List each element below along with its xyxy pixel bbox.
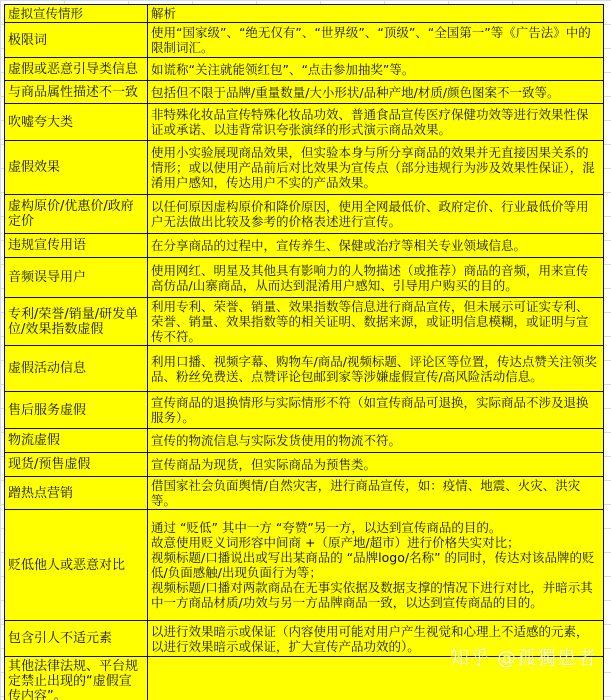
row-analysis: 使用小实验展现商品效果，但实验本身与所分享商品的效果并无直接因果关系的情形；或以… xyxy=(148,141,604,195)
row-analysis: 使用网红、明星及其他具有影响力的人物描述（或推荐）商品的音频，用来宣传高仿品/山… xyxy=(148,258,604,298)
table-row: 虚构原价/优惠价/政府定价 以任何原因虚构原价和降价原因，使用全网最低价、政府定… xyxy=(5,195,604,234)
header-category: 虚拟宣传情形 xyxy=(5,5,148,23)
table-row: 极限词 使用“国家级”、“绝无仅有”、“世界级”、“顶级”、“全国第一”等《广告… xyxy=(5,23,604,58)
table-row: 物流虚假 宣传的物流信息与实际发货使用的物流不符。 xyxy=(5,429,604,453)
row-analysis: 利用口播、视频字幕、购物车/商品/视频标题、评论区等位置，传达点赞关注领奖品、粉… xyxy=(148,346,604,392)
row-analysis: 在分享商品的过程中，宣传养生、保健或治疗等相关专业领域信息。 xyxy=(148,234,604,258)
row-category: 现货/预售虚假 xyxy=(5,453,148,477)
table-row: 售后服务虚假 宣传商品的退换情形与实际情形不符（如宣传商品可退换，实际商品不涉及… xyxy=(5,392,604,429)
table-row: 音频误导用户 使用网红、明星及其他具有影响力的人物描述（或推荐）商品的音频，用来… xyxy=(5,258,604,298)
row-analysis: 通过 “贬低” 其中一方 “夸赞”另一方，以达到宣传商品的目的。 故意使用贬义词… xyxy=(148,510,604,621)
row-category: 虚假或恶意引导类信息 xyxy=(5,58,148,81)
table-row: 虚假或恶意引导类信息 如谎称“关注就能领红包”、“点击参加抽奖”等。 xyxy=(5,58,604,81)
row-category: 包含引人不适元素 xyxy=(5,621,148,657)
row-analysis: 包括但不限于品牌/重量数量/大小形状/品种产地/材质/颜色图案不一致等。 xyxy=(148,81,604,104)
analysis-line: 视频标题/口播说出或写出某商品的 “品牌logo/名称” 的同时，传达对该品牌的… xyxy=(151,550,600,580)
row-category: 与商品属性描述不一致 xyxy=(5,81,148,104)
row-category: 贬低他人或恶意对比 xyxy=(5,510,148,621)
table-row: 贬低他人或恶意对比 通过 “贬低” 其中一方 “夸赞”另一方，以达到宣传商品的目… xyxy=(5,510,604,621)
row-category: 物流虚假 xyxy=(5,429,148,453)
row-analysis: 非特殊化妆品宣传特殊化妆品功效、普通食品宣传医疗保健功效等进行效果性保证或承诺、… xyxy=(148,104,604,141)
row-analysis: 宣传的物流信息与实际发货使用的物流不符。 xyxy=(148,429,604,453)
row-category: 极限词 xyxy=(5,23,148,58)
header-analysis: 解析 xyxy=(148,5,604,23)
row-analysis: 利用专利、荣誉、销量、效果指数等信息进行商品宣传，但未展示可证实专利、荣誉、销量… xyxy=(148,298,604,346)
row-analysis: 宣传商品的退换情形与实际情形不符（如宣传商品可退换，实际商品不涉及退换服务）。 xyxy=(148,392,604,429)
row-category: 音频误导用户 xyxy=(5,258,148,298)
table-row: 吹嘘夸大类 非特殊化妆品宣传特殊化妆品功效、普通食品宣传医疗保健功效等进行效果性… xyxy=(5,104,604,141)
row-category: 虚构原价/优惠价/政府定价 xyxy=(5,195,148,234)
table-row: 与商品属性描述不一致 包括但不限于品牌/重量数量/大小形状/品种产地/材质/颜色… xyxy=(5,81,604,104)
row-category: 违规宣传用语 xyxy=(5,234,148,258)
analysis-line: 通过 “贬低” 其中一方 “夸赞”另一方，以达到宣传商品的目的。 xyxy=(151,520,600,535)
row-analysis: 使用“国家级”、“绝无仅有”、“世界级”、“顶级”、“全国第一”等《广告法》中的… xyxy=(148,23,604,58)
false-advertising-table: 虚拟宣传情形 解析 极限词 使用“国家级”、“绝无仅有”、“世界级”、“顶级”、… xyxy=(4,4,604,700)
table-row: 蹭热点营销 借国家社会负面舆情/自然灾害，进行商品宣传，如：疫情、地震、火灾、洪… xyxy=(5,477,604,510)
table-row: 违规宣传用语 在分享商品的过程中，宣传养生、保健或治疗等相关专业领域信息。 xyxy=(5,234,604,258)
table-row: 专利/荣誉/销量/研发单位/效果指数虚假 利用专利、荣誉、销量、效果指数等信息进… xyxy=(5,298,604,346)
row-category: 售后服务虚假 xyxy=(5,392,148,429)
watermark: 知乎 @孤獨患者 xyxy=(450,643,597,670)
row-category: 蹭热点营销 xyxy=(5,477,148,510)
row-category: 虚假活动信息 xyxy=(5,346,148,392)
row-analysis: 借国家社会负面舆情/自然灾害，进行商品宣传，如：疫情、地震、火灾、洪灾等。 xyxy=(148,477,604,510)
analysis-line: 故意使用贬义词形容中间商 +（原产地/超市）进行价格失实对比； xyxy=(151,535,600,550)
row-category: 虚假效果 xyxy=(5,141,148,195)
table-header-row: 虚拟宣传情形 解析 xyxy=(5,5,604,23)
row-analysis: 宣传商品为现货，但实际商品为预售类。 xyxy=(148,453,604,477)
row-category: 其他法律法规、平台规定禁止出现的“虚假宣传内容”。 xyxy=(5,657,148,700)
row-category: 专利/荣誉/销量/研发单位/效果指数虚假 xyxy=(5,298,148,346)
row-analysis: 以任何原因虚构原价和降价原因，使用全网最低价、政府定价、行业最低价等用户无法做出… xyxy=(148,195,604,234)
table-row: 虚假活动信息 利用口播、视频字幕、购物车/商品/视频标题、评论区等位置，传达点赞… xyxy=(5,346,604,392)
row-category: 吹嘘夸大类 xyxy=(5,104,148,141)
row-analysis: 如谎称“关注就能领红包”、“点击参加抽奖”等。 xyxy=(148,58,604,81)
analysis-line: 视频标题/口播对两款商品在无事实依据及数据支撑的情况下进行对比，并暗示其中一方商… xyxy=(151,580,600,610)
table-row: 现货/预售虚假 宣传商品为现货，但实际商品为预售类。 xyxy=(5,453,604,477)
table-row: 虚假效果 使用小实验展现商品效果，但实验本身与所分享商品的效果并无直接因果关系的… xyxy=(5,141,604,195)
